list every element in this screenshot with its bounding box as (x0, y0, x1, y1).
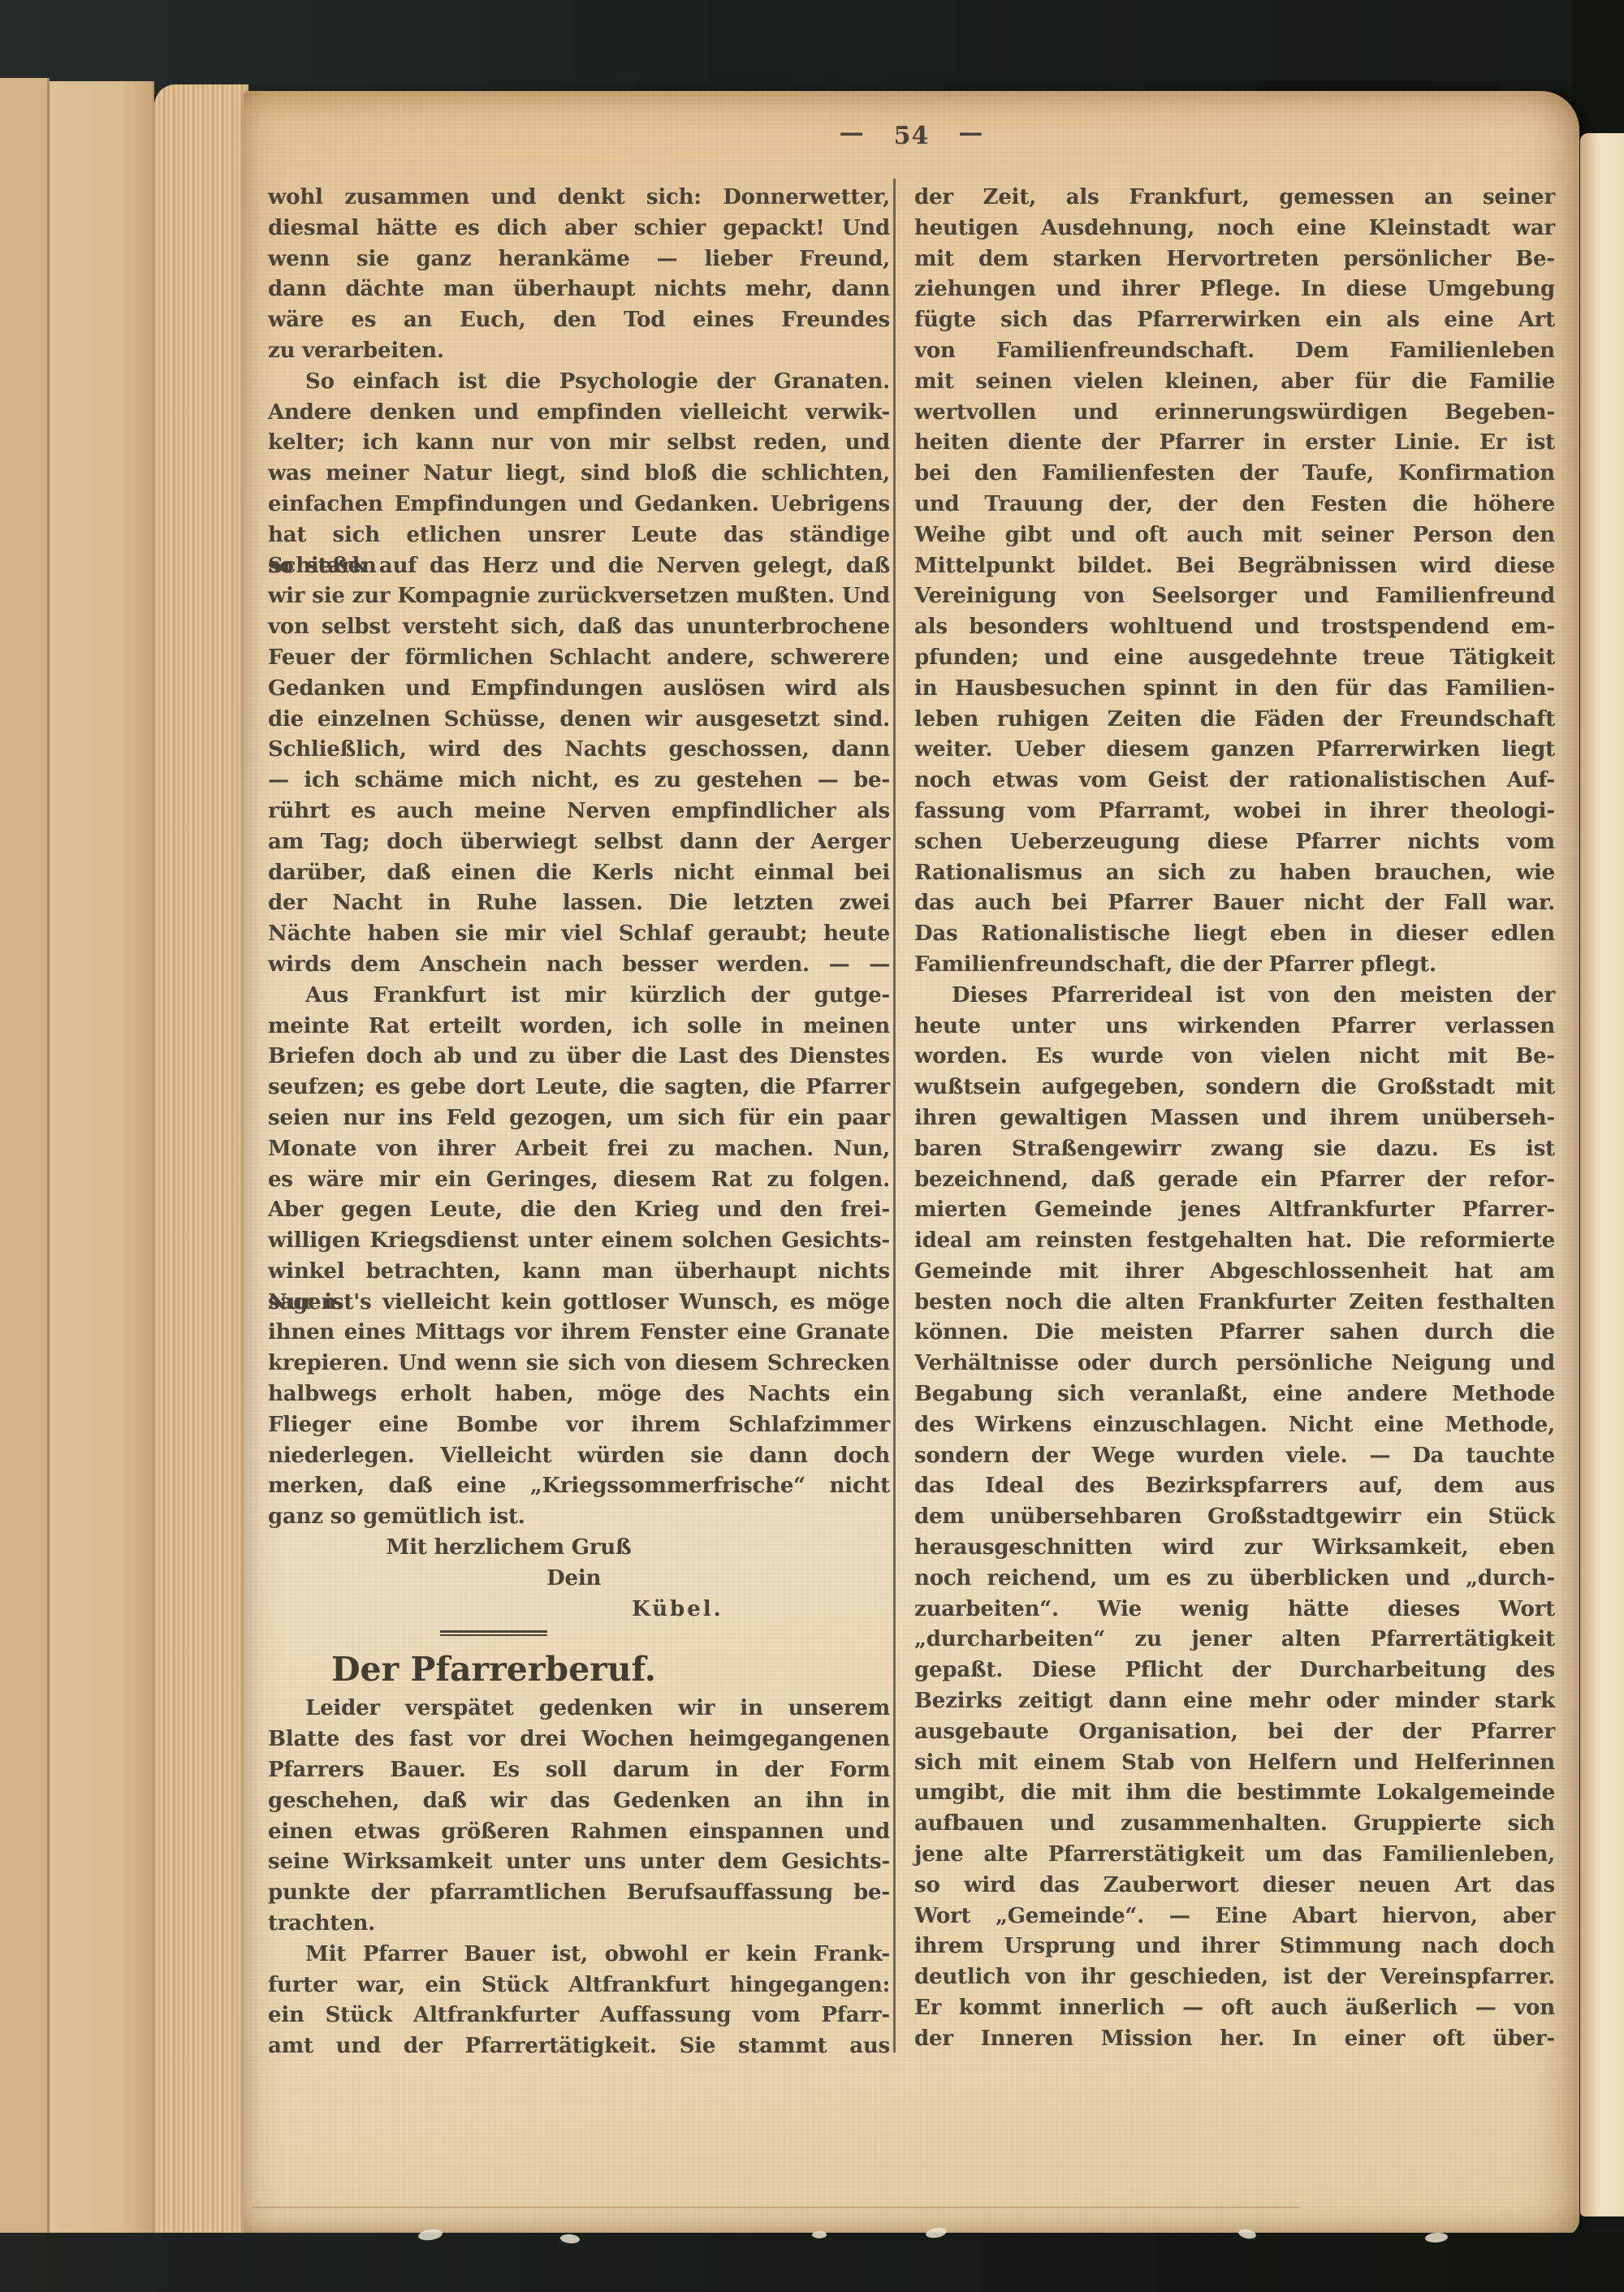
text-line: dann dächte man überhaupt nichts mehr, d… (268, 274, 890, 305)
text-line: das Ideal des Bezirkspfarrers auf, dem a… (914, 1471, 1555, 1502)
text-line: mierten Gemeinde jenes Altfrankfurter Pf… (914, 1195, 1555, 1226)
text-line: es wäre mir ein Geringes, diesem Rat zu … (268, 1165, 890, 1196)
page-number-dash-right: — (958, 119, 983, 147)
text-line: jene alte Pfarrerstätigkeit um das Famil… (914, 1840, 1555, 1871)
text-line: von selbst versteht sich, daß das ununte… (268, 612, 890, 643)
text-line: Begabung sich veranlaßt, eine andere Met… (914, 1379, 1555, 1410)
column-divider-rule (893, 179, 896, 2052)
text-line: diesmal hätte es dich aber schier gepack… (268, 214, 890, 244)
text-line: Gemeinde mit ihrer Abgeschlossenheit hat… (914, 1257, 1555, 1288)
book-cover-right (1572, 0, 1624, 138)
text-line: weiter. Ueber diesem ganzen Pfarrerwirke… (914, 735, 1555, 766)
text-line: einfachen Empfindungen und Gedanken. Ueb… (268, 490, 890, 520)
text-line: zu verarbeiten. (268, 336, 890, 367)
text-line: krepieren. Und wenn sie sich von diesem … (268, 1349, 890, 1379)
text-line: der Nacht in Ruhe lassen. Die letzten zw… (268, 888, 890, 919)
text-line: sondern der Wege wurden viele. — Da tauc… (914, 1441, 1555, 1472)
page-bottom-edge-line (252, 2207, 1299, 2208)
text-line: leben ruhigen Zeiten die Fäden der Freun… (914, 705, 1555, 736)
text-line: So einfach ist die Psychologie der Grana… (268, 367, 890, 398)
book-cover-bottom (0, 2233, 1624, 2292)
text-line: Nur ist's vielleicht kein gottloser Wuns… (268, 1288, 890, 1319)
text-line: seufzen; es gebe dort Leute, die sagten,… (268, 1073, 890, 1103)
text-line: bezeichnend, daß gerade ein Pfarrer der … (914, 1165, 1555, 1196)
text-line: ziehungen und ihrer Pflege. In diese Umg… (914, 274, 1555, 305)
text-line: mit seinen vielen kleinen, aber für die … (914, 367, 1555, 398)
text-line: zuarbeiten“. Wie wenig hätte dieses Wort (914, 1595, 1555, 1625)
text-line: der Inneren Mission her. In einer oft üb… (914, 2024, 1555, 2055)
text-line: Mittelpunkt bildet. Bei Begräbnissen wir… (914, 551, 1555, 582)
text-line: pfunden; und eine ausgedehnte treue Täti… (914, 643, 1555, 674)
text-line: noch etwas vom Geist der rationalistisch… (914, 766, 1555, 796)
text-line: schen Ueberzeugung diese Pfarrer nichts … (914, 827, 1555, 858)
text-line: am Tag; doch überwiegt selbst dann der A… (268, 827, 890, 858)
text-line: ihrem Ursprung und ihrer Stimmung nach d… (914, 1932, 1555, 1962)
text-line: punkte der pfarramtlichen Berufsauffassu… (268, 1878, 890, 1909)
text-line: Vereinigung von Seelsorger und Familienf… (914, 581, 1555, 612)
text-line: noch reichend, um es zu überblicken und … (914, 1564, 1555, 1595)
text-line: Leider verspätet gedenken wir in unserem (268, 1694, 890, 1724)
text-line: — ich schäme mich nicht, es zu gestehen … (268, 766, 890, 796)
text-line: von Familienfreundschaft. Dem Familienle… (914, 336, 1555, 367)
left-text-column: wohl zusammen und denkt sich: Donnerwett… (268, 183, 890, 2062)
text-line: mit dem starken Hervortreten persönliche… (914, 244, 1555, 275)
section-divider-rule (268, 1630, 890, 1648)
text-line: ausgebaute Organisation, bei der der Pfa… (914, 1717, 1555, 1748)
text-line: wenn sie ganz herankäme — lieber Freund, (268, 244, 890, 275)
text-line: darüber, daß einen die Kerls nicht einma… (268, 858, 890, 889)
double-rule (440, 1630, 547, 1636)
text-line: Flieger eine Bombe vor ihrem Schlafzimme… (268, 1410, 890, 1441)
text-line: meinte Rat erteilt worden, ich solle in … (268, 1012, 890, 1042)
text-line: rührt es auch meine Nerven empfindlicher… (268, 796, 890, 827)
text-line: deutlich von ihr geschieden, ist der Ver… (914, 1962, 1555, 1993)
text-line: hat sich etlichen unsrer Leute das ständ… (268, 520, 890, 551)
text-line: seine Wirksamkeit unter uns unter dem Ge… (268, 1847, 890, 1878)
text-line: sich mit einem Stab von Helfern und Helf… (914, 1748, 1555, 1779)
text-line: in Hausbesuchen spinnt in den für das Fa… (914, 674, 1555, 705)
text-line: als besonders wohltuend und trostspenden… (914, 612, 1555, 643)
text-line: heute unter uns wirkenden Pfarrer verlas… (914, 1012, 1555, 1042)
text-line: Dieses Pfarrerideal ist von den meisten … (914, 981, 1555, 1012)
text-line: ein Stück Altfrankfurter Auffassung vom … (268, 2001, 890, 2031)
text-line: merken, daß eine „Kriegssommerfrische“ n… (268, 1471, 890, 1502)
page-number: —54— (268, 122, 1555, 150)
text-line: geschehen, daß wir das Gedenken an ihn i… (268, 1786, 890, 1817)
text-line: der Zeit, als Frankfurt, gemessen an sei… (914, 183, 1555, 214)
text-line: Mit herzlichem Gruß (268, 1533, 890, 1564)
text-line: kelter; ich kann nur von mir selbst rede… (268, 428, 890, 459)
text-line: Nächte haben sie mir viel Schlaf geraubt… (268, 919, 890, 950)
text-line: Aus Frankfurt ist mir kürzlich der gutge… (268, 981, 890, 1012)
text-line: wußtsein aufgegeben, sondern die Großsta… (914, 1073, 1555, 1103)
text-line: einen etwas größeren Rahmen einspannen u… (268, 1817, 890, 1848)
page-number-value: 54 (894, 122, 930, 150)
book-scan: —54— wohl zusammen und denkt sich: Donne… (0, 0, 1624, 2292)
text-line: wohl zusammen und denkt sich: Donnerwett… (268, 183, 890, 214)
text-line: fügte sich das Pfarrerwirken ein als ein… (914, 305, 1555, 336)
page-edge-stack (154, 84, 248, 2257)
book-page: —54— wohl zusammen und denkt sich: Donne… (244, 91, 1579, 2236)
text-line: amt und der Pfarrertätigkeit. Sie stammt… (268, 2031, 890, 2062)
text-line: wir sie zur Kompagnie zurückversetzen mu… (268, 581, 890, 612)
text-line: Rationalismus an sich zu haben brauchen,… (914, 858, 1555, 889)
text-line: Weihe gibt und oft auch mit seiner Perso… (914, 520, 1555, 551)
text-line: Wort „Gemeinde“. — Eine Abart hiervon, a… (914, 1901, 1555, 1932)
next-page-sliver (1580, 133, 1624, 2216)
right-text-column: der Zeit, als Frankfurt, gemessen an sei… (914, 183, 1555, 2055)
text-line: Mit Pfarrer Bauer ist, obwohl er kein Fr… (268, 1940, 890, 1970)
text-line: gepaßt. Diese Pflicht der Durcharbeitung… (914, 1655, 1555, 1686)
text-line: Andere denken und empfinden vielleicht v… (268, 398, 890, 429)
text-line: trachten. (268, 1909, 890, 1940)
text-line: baren Straßengewirr zwang sie dazu. Es i… (914, 1134, 1555, 1165)
text-line: und Trauung der, der den Festen die höhe… (914, 490, 1555, 520)
text-line: was meiner Natur liegt, sind bloß die sc… (268, 459, 890, 490)
text-line: des Wirkens einzuschlagen. Nicht eine Me… (914, 1410, 1555, 1441)
page-block-edge-outer (0, 78, 50, 2283)
text-line: besten noch die alten Frankfurter Zeiten… (914, 1288, 1555, 1319)
text-line: ideal am reinsten festgehalten hat. Die … (914, 1226, 1555, 1257)
text-line: ihren gewaltigen Massen und ihrem unüber… (914, 1103, 1555, 1134)
text-line: „durcharbeiten“ zu jener alten Pfarrertä… (914, 1625, 1555, 1655)
text-line: ganz so gemütlich ist. (268, 1502, 890, 1533)
text-line: wirds dem Anschein nach besser werden. —… (268, 950, 890, 981)
text-line: Kübel. (268, 1595, 890, 1625)
text-line: aufbauen und zusammenhalten. Gruppierte … (914, 1809, 1555, 1840)
text-line: ihnen eines Mittags vor ihrem Fenster ei… (268, 1318, 890, 1349)
page-block-edge-inner (50, 81, 154, 2280)
text-line: dem unübersehbaren Großstadtgewirr ein S… (914, 1502, 1555, 1533)
text-line: Das Rationalistische liegt eben in diese… (914, 919, 1555, 950)
text-line: Monate von ihrer Arbeit frei zu machen. … (268, 1134, 890, 1165)
book-cover-top (0, 0, 1624, 94)
text-line: heiten diente der Pfarrer in erster Lini… (914, 428, 1555, 459)
text-line: halbwegs erholt haben, möge des Nachts e… (268, 1379, 890, 1410)
text-line: Bezirks zeitigt dann eine mehr oder mind… (914, 1686, 1555, 1717)
text-line: willigen Kriegsdienst unter einem solche… (268, 1226, 890, 1257)
text-line: wäre es an Euch, den Tod eines Freundes (268, 305, 890, 336)
text-line: Pfarrers Bauer. Es soll darum in der For… (268, 1755, 890, 1786)
text-line: können. Die meisten Pfarrer sahen durch … (914, 1318, 1555, 1349)
text-line: Aber gegen Leute, die den Krieg und den … (268, 1195, 890, 1226)
text-line: Gedanken und Empfindungen auslösen wird … (268, 674, 890, 705)
text-line: Briefen doch ab und zu über die Last des… (268, 1042, 890, 1073)
text-line: umgibt, die mit ihm die bestimmte Lokalg… (914, 1778, 1555, 1809)
text-line: bei den Familienfesten der Taufe, Konfir… (914, 459, 1555, 490)
text-line: worden. Es wurde von vielen nicht mit Be… (914, 1042, 1555, 1073)
text-line: seien nur ins Feld gezogen, um sich für … (268, 1103, 890, 1134)
text-line: Er kommt innerlich — oft auch äußerlich … (914, 1993, 1555, 2024)
text-line: Blatte des fast vor drei Wochen heimgega… (268, 1724, 890, 1755)
text-line: heutigen Ausdehnung, noch eine Kleinstad… (914, 214, 1555, 244)
text-line: wertvollen und erinnerungswürdigen Begeb… (914, 398, 1555, 429)
text-line: furter war, ein Stück Altfrankfurt hinge… (268, 1970, 890, 2001)
text-line: Verhältnisse oder durch persönliche Neig… (914, 1349, 1555, 1379)
text-line: Familienfreundschaft, die der Pfarrer pf… (914, 950, 1555, 981)
text-line: Feuer der förmlichen Schlacht andere, sc… (268, 643, 890, 674)
text-line: Dein (268, 1564, 890, 1595)
text-line: so stark auf das Herz und die Nerven gel… (268, 551, 890, 582)
text-line: die einzelnen Schüsse, denen wir ausgese… (268, 705, 890, 736)
text-line: winkel betrachten, kann man überhaupt ni… (268, 1257, 890, 1288)
page-number-dash-left: — (840, 119, 865, 147)
text-line: herausgeschnitten wird zur Wirksamkeit, … (914, 1533, 1555, 1564)
text-line: das auch bei Pfarrer Bauer nicht der Fal… (914, 888, 1555, 919)
text-line: so wird das Zauberwort dieser neuen Art … (914, 1871, 1555, 1901)
text-line: niederlegen. Vielleicht würden sie dann … (268, 1441, 890, 1472)
text-line: Schließlich, wird des Nachts geschossen,… (268, 735, 890, 766)
article-heading: Der Pfarrerberuf. (268, 1648, 719, 1694)
binding-thread-fray (812, 2231, 827, 2238)
text-line: fassung vom Pfarramt, wobei in ihrer the… (914, 796, 1555, 827)
